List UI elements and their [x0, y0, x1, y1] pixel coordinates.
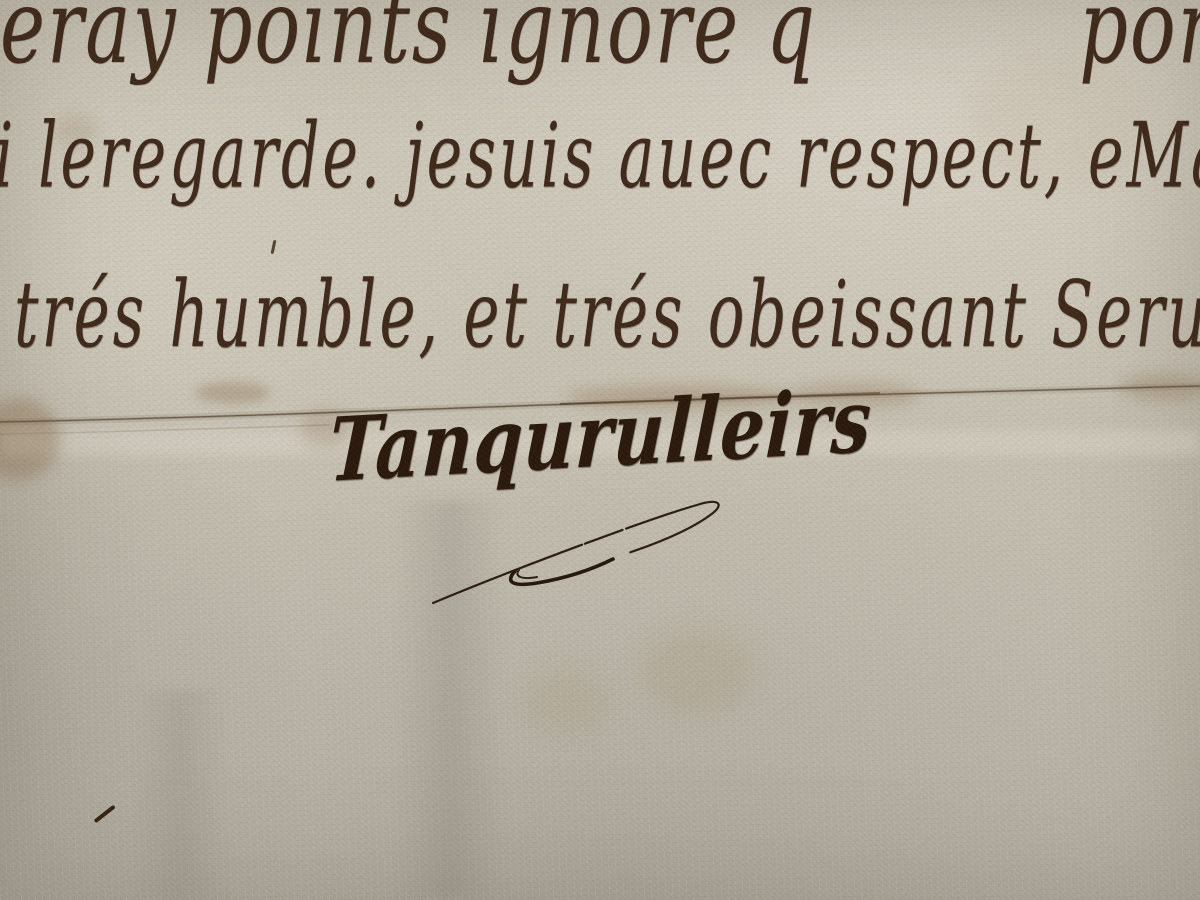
signature-paraph-flourish [415, 485, 755, 615]
handwritten-fragment: por [1079, 0, 1200, 86]
ink-mark [94, 805, 116, 823]
manuscript-photo: eray points ignoré q por i leregarde. je… [0, 0, 1200, 900]
vertical-crease-shade [135, 690, 225, 900]
ink-mark [271, 240, 277, 254]
handwritten-line-top: eray points ignoré q por [0, 0, 1200, 86]
stain [640, 628, 755, 713]
handwritten-fragment: eray points ignoré q [0, 0, 817, 86]
handwritten-line-serviteur: trés humble, et trés obeissant Seruite [14, 262, 1200, 369]
stain [525, 668, 610, 730]
handwritten-line-respect: i leregarde. jesuis auec respect, eMad [0, 104, 1200, 209]
